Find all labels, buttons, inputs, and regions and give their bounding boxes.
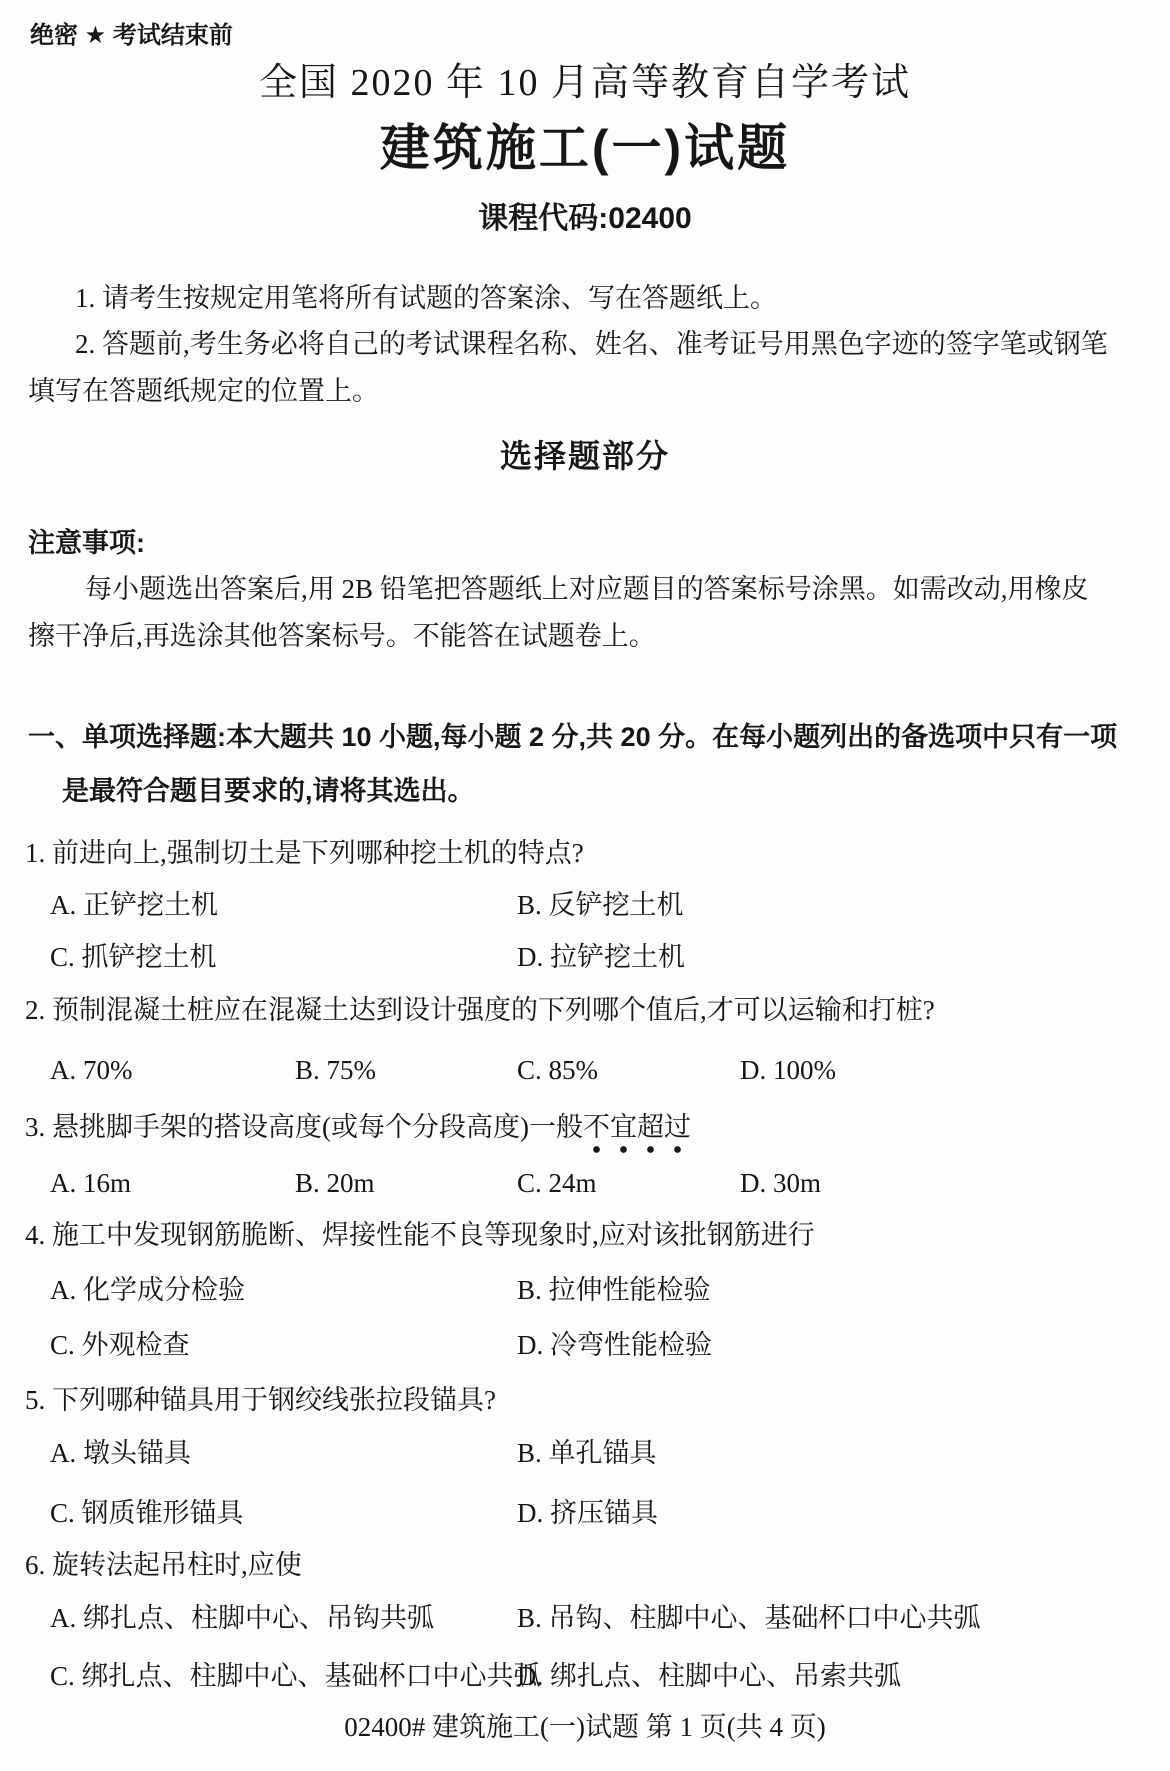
notes-heading: 注意事项: — [28, 528, 145, 559]
question-1-text: 1. 前进向上,强制切土是下列哪种挖土机的特点? — [25, 838, 584, 869]
question-1-option-c: C. 抓铲挖土机 — [50, 942, 217, 973]
question-4-option-d: D. 冷弯性能检验 — [517, 1330, 712, 1361]
question-2-option-d: D. 100% — [740, 1055, 836, 1086]
question-2-option-b: B. 75% — [295, 1055, 376, 1086]
question-4-option-b: B. 拉伸性能检验 — [517, 1275, 711, 1306]
course-code: 课程代码:02400 — [0, 202, 1170, 237]
question-5-option-a: A. 墩头锚具 — [50, 1438, 191, 1469]
security-label: 绝密 ★ 考试结束前 — [30, 22, 233, 50]
question-3-text-emphasized: 不宜超过 — [583, 1112, 691, 1143]
section-title: 选择题部分 — [0, 438, 1170, 475]
question-2-option-c: C. 85% — [517, 1055, 598, 1086]
paper-title: 建筑施工(一)试题 — [0, 120, 1170, 178]
page-footer: 02400# 建筑施工(一)试题 第 1 页(共 4 页) — [0, 1712, 1170, 1743]
question-6-option-b: B. 吊钩、柱脚中心、基础杯口中心共弧 — [517, 1603, 981, 1634]
question-6-option-c: C. 绑扎点、柱脚中心、基础杯口中心共弧 — [50, 1661, 541, 1692]
exam-title: 全国 2020 年 10 月高等教育自学考试 — [0, 62, 1170, 106]
question-4-text: 4. 施工中发现钢筋脆断、焊接性能不良等现象时,应对该批钢筋进行 — [25, 1220, 815, 1251]
question-6-option-a: A. 绑扎点、柱脚中心、吊钩共弧 — [50, 1603, 434, 1634]
question-5-option-c: C. 钢质锥形锚具 — [50, 1498, 244, 1529]
question-3-option-b: B. 20m — [295, 1168, 375, 1199]
question-5-option-b: B. 单孔锚具 — [517, 1438, 657, 1469]
instruction-line-2: 2. 答题前,考生务必将自己的考试课程名称、姓名、准考证号用黑色字迹的签字笔或钢… — [75, 329, 1108, 360]
instruction-line-1: 1. 请考生按规定用笔将所有试题的答案涂、写在答题纸上。 — [75, 283, 777, 314]
question-2-option-a: A. 70% — [50, 1055, 133, 1086]
question-2-text: 2. 预制混凝土桩应在混凝土达到设计强度的下列哪个值后,才可以运输和打桩? — [25, 995, 935, 1026]
question-3-option-c: C. 24m — [517, 1168, 597, 1199]
question-6-text: 6. 旋转法起吊柱时,应使 — [25, 1550, 302, 1581]
question-1-option-a: A. 正铲挖土机 — [50, 890, 218, 921]
part-header-line-1: 一、单项选择题:本大题共 10 小题,每小题 2 分,共 20 分。在每小题列出… — [28, 722, 1117, 753]
exam-page: 绝密 ★ 考试结束前 全国 2020 年 10 月高等教育自学考试 建筑施工(一… — [0, 0, 1170, 1771]
question-3-text: 3. 悬挑脚手架的搭设高度(或每个分段高度)一般不宜超过 — [25, 1112, 691, 1143]
question-3-text-prefix: 3. 悬挑脚手架的搭设高度(或每个分段高度)一般 — [25, 1112, 583, 1142]
question-4-option-c: C. 外观检查 — [50, 1330, 190, 1361]
notes-line-2: 擦干净后,再选涂其他答案标号。不能答在试题卷上。 — [28, 621, 656, 652]
notes-line-1: 每小题选出答案后,用 2B 铅笔把答题纸上对应题目的答案标号涂黑。如需改动,用橡… — [85, 574, 1089, 605]
question-5-option-d: D. 挤压锚具 — [517, 1498, 658, 1529]
question-1-option-d: D. 拉铲挖土机 — [517, 942, 685, 973]
question-4-option-a: A. 化学成分检验 — [50, 1275, 245, 1306]
instruction-line-2-continued: 填写在答题纸规定的位置上。 — [28, 376, 379, 407]
question-6-option-d: D. 绑扎点、柱脚中心、吊索共弧 — [517, 1661, 901, 1692]
question-3-option-a: A. 16m — [50, 1168, 131, 1199]
question-1-option-b: B. 反铲挖土机 — [517, 890, 684, 921]
question-5-text: 5. 下列哪种锚具用于钢绞线张拉段锚具? — [25, 1385, 496, 1416]
question-3-option-d: D. 30m — [740, 1168, 821, 1199]
part-header-line-2: 是最符合题目要求的,请将其选出。 — [62, 776, 475, 807]
